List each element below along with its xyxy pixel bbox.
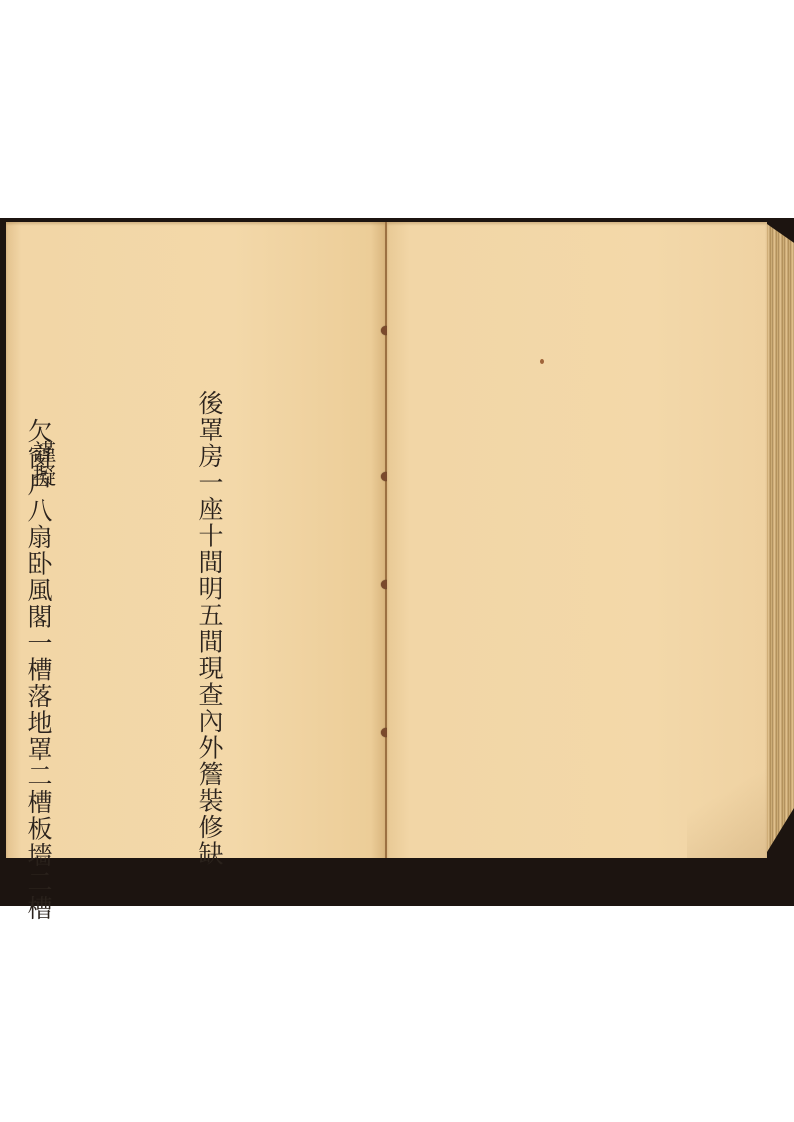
paper-speck	[540, 359, 544, 364]
text-column-1: 後罩房一座十間明五間現查內外簷裝修缺	[181, 390, 238, 840]
left-page: 後罩房一座十間明五間現查內外簷裝修缺 欠窗戶八扇卧風閣一槽落地罩二槽板墻二槽 東…	[6, 222, 386, 858]
page-edges	[767, 224, 794, 852]
right-page-blank	[387, 222, 767, 858]
signoff-text: 謹擬	[26, 440, 59, 488]
book-scan: 後罩房一座十間明五間現查內外簷裝修缺 欠窗戶八扇卧風閣一槽落地罩二槽板墻二槽 東…	[0, 218, 794, 906]
